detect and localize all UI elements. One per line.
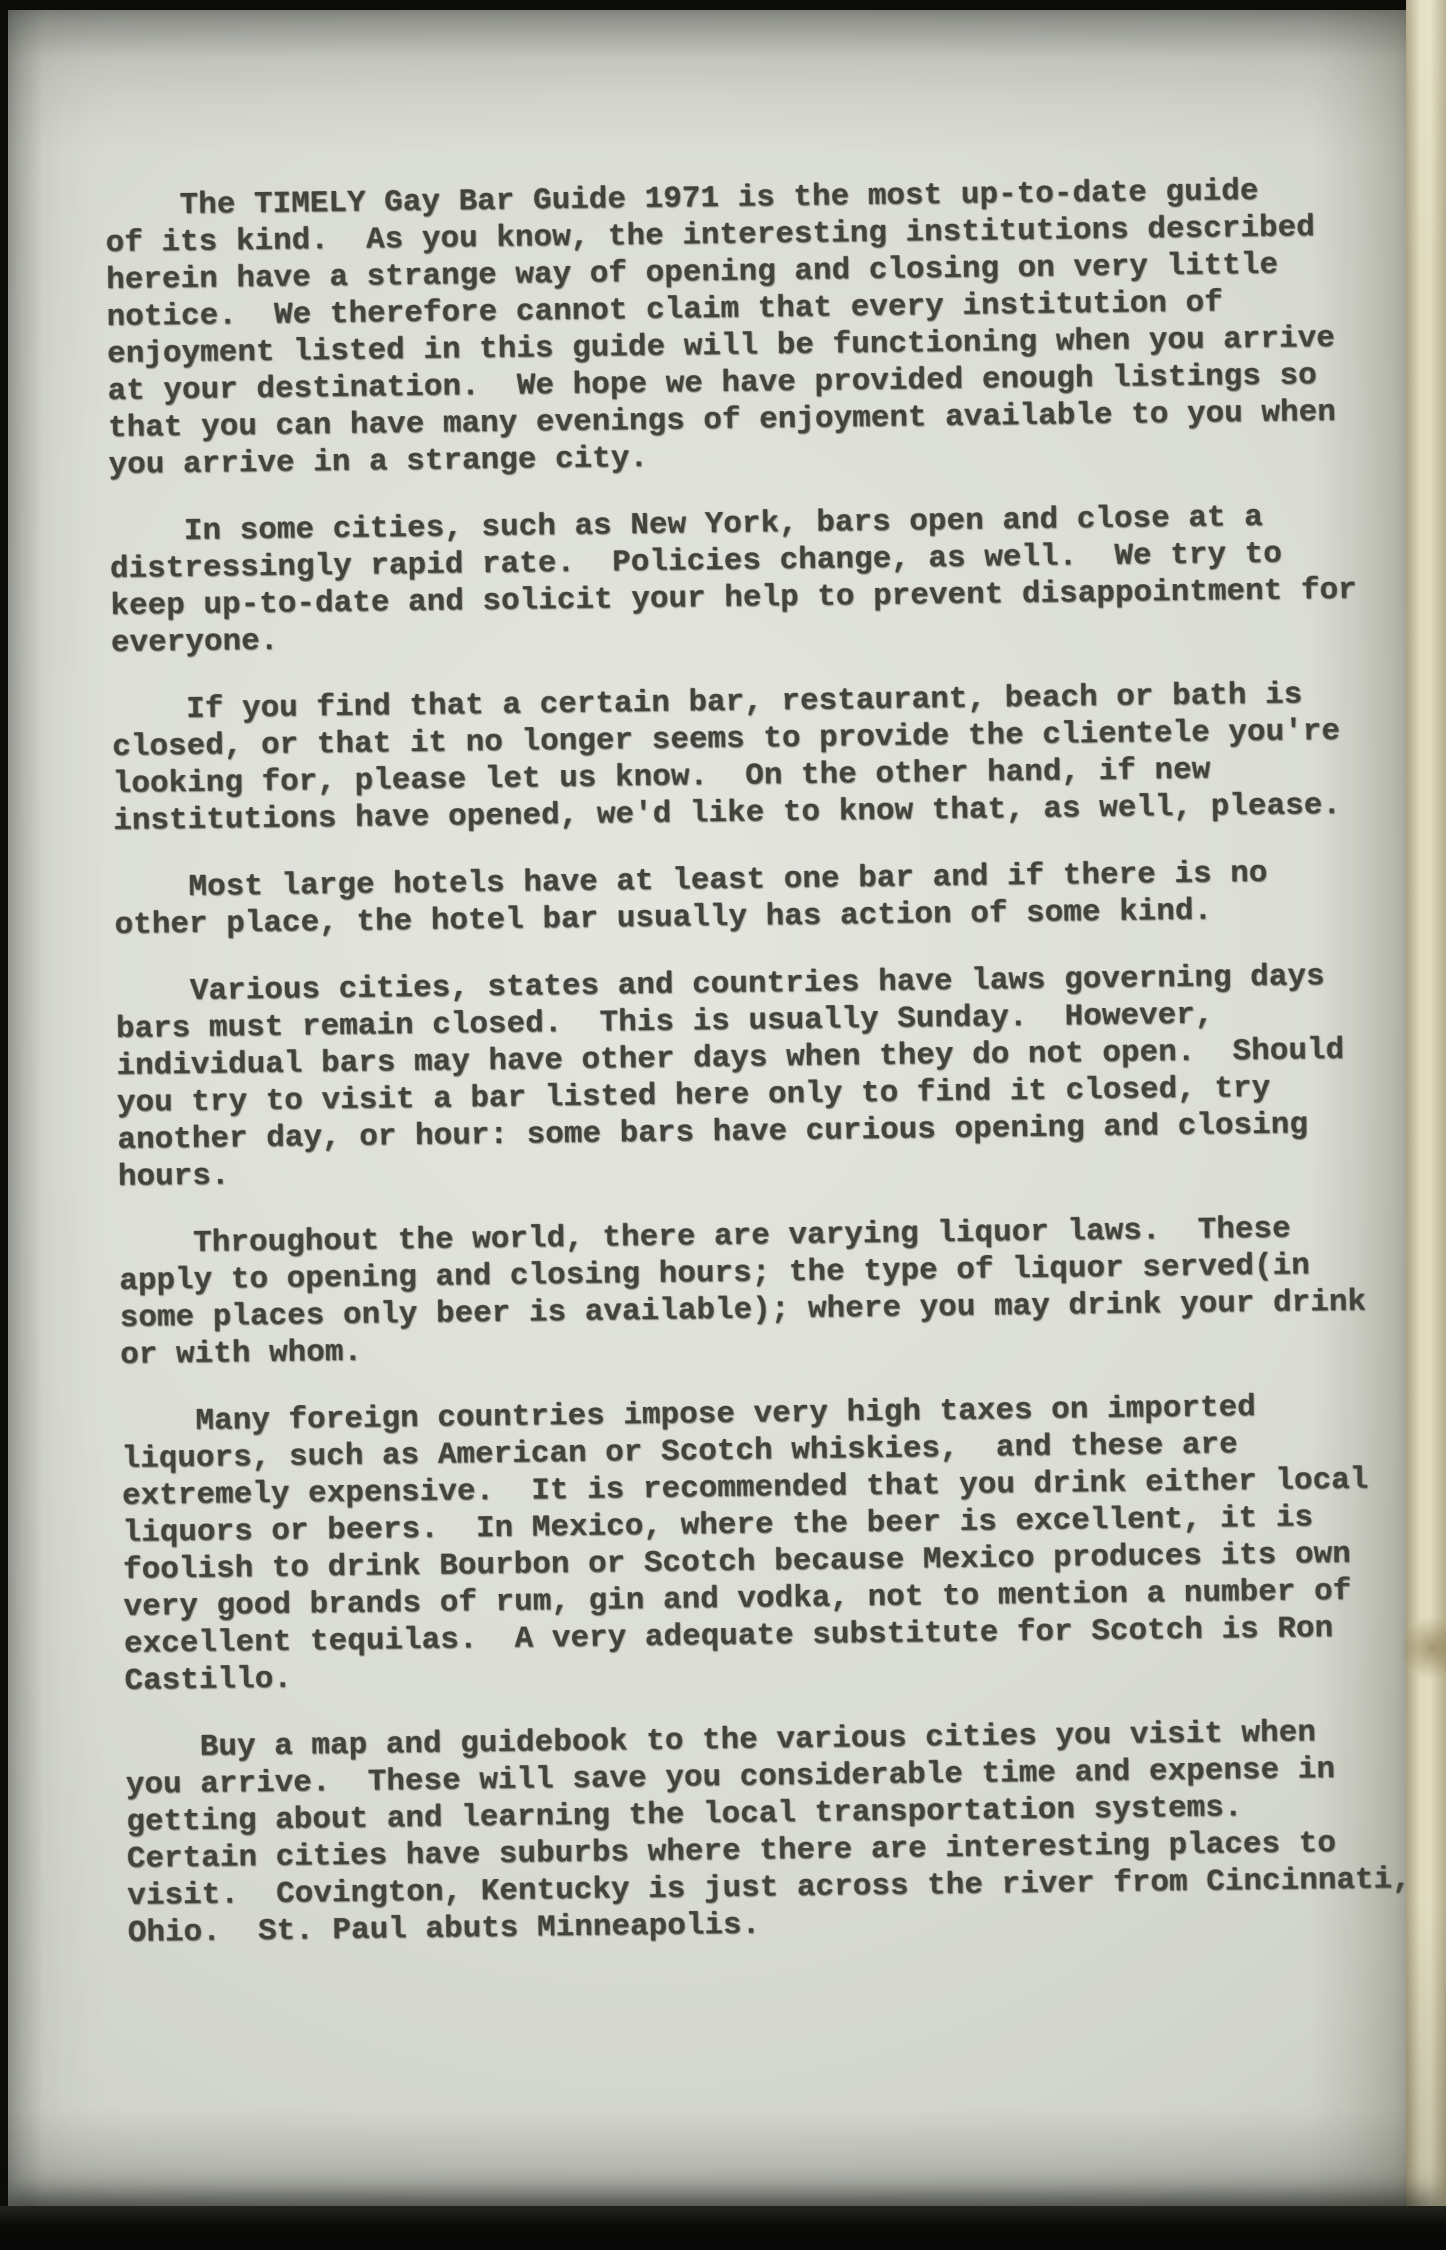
paragraph-feedback: If you find that a certain bar, restaura… — [112, 675, 1406, 840]
edge-smudge — [1400, 1616, 1446, 1680]
paragraph-maps-guidebook: Buy a map and guidebook to the various c… — [125, 1713, 1420, 1952]
paragraph-hotel-bars: Most large hotels have at least one bar … — [114, 853, 1407, 944]
photo-background: The TIMELY Gay Bar Guide 1971 is the mos… — [0, 0, 1446, 2250]
text-block: The TIMELY Gay Bar Guide 1971 is the mos… — [105, 171, 1420, 1982]
paragraph-import-taxes: Many foreign countries impose very high … — [121, 1387, 1417, 1700]
document-page: The TIMELY Gay Bar Guide 1971 is the mos… — [8, 10, 1408, 2206]
paragraph-liquor-laws: Throughout the world, there are varying … — [119, 1209, 1413, 1374]
paragraph-closing-laws: Various cities, states and countries hav… — [115, 957, 1410, 1196]
photo-bottom-border — [0, 2206, 1446, 2250]
paragraph-cities-change: In some cities, such as New York, bars o… — [109, 497, 1403, 662]
paragraph-intro: The TIMELY Gay Bar Guide 1971 is the mos… — [105, 171, 1401, 484]
page-right-edge — [1406, 0, 1446, 2208]
